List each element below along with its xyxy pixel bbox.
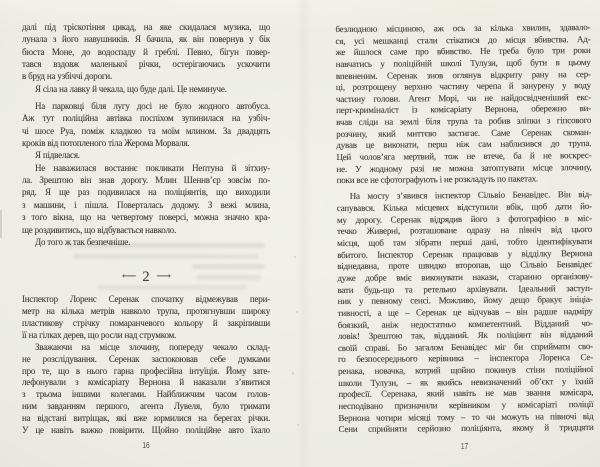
chapter-number: 2 xyxy=(142,269,149,285)
text-line: Не наважилася востаннє покликати Нептуна… xyxy=(22,162,270,174)
text-line: ряд. Я ще раз подивилася на поліціянтів,… xyxy=(22,186,270,198)
text-line: з того вікна, що на четвертому поверсі, … xyxy=(22,211,270,223)
text-line: Інспектор Лоренс Серенак спочатку відмеж… xyxy=(22,294,270,306)
text-line: У це навіть важко повірити. Щойно поліці… xyxy=(22,425,270,437)
text-section: далі під тріскотіння цикад, на яке скида… xyxy=(22,21,270,248)
text-line: лефонували з комісаріату Вернона й наказ… xyxy=(22,377,270,389)
text-line: з машини, і пішла. Поверталась додому. З… xyxy=(22,199,270,211)
text-section: безлюдною місциною, аж ось за кілька хви… xyxy=(335,22,593,436)
scan-speck xyxy=(292,372,294,375)
text-line: Я сіла на лавку й чекала, що буде далі. … xyxy=(22,83,270,95)
text-line: Сени сприйняти серйозно поліціянта, яком… xyxy=(339,422,594,436)
scan-speck xyxy=(297,424,299,426)
page-gutter-shadow xyxy=(296,0,312,467)
page-number-left: 16 xyxy=(44,441,247,450)
scan-speck xyxy=(296,311,298,313)
text-line: До того ж так безпечніше. xyxy=(22,236,270,248)
page-right: безлюдною місциною, аж ось за кілька хви… xyxy=(335,22,593,436)
text-section: Інспектор Лоренс Серенак спочатку відмеж… xyxy=(22,294,270,437)
text-line: ним завданням першого, агента Лувеля, бу… xyxy=(22,401,270,413)
text-line: з трьома іншими колегами. Найближчим час… xyxy=(22,389,270,401)
text-line: кроків від потопленого тіла Жерома Морва… xyxy=(22,137,270,149)
text-line: далі під тріскотіння цикад, на яке скида… xyxy=(22,21,270,33)
text-line: ще роздивитись, що відбувається навколо. xyxy=(22,224,270,236)
text-line: про те, що в нього гарна професійна інту… xyxy=(22,366,270,378)
text-line: не. У жодному разі не можна затоптувати … xyxy=(336,162,591,176)
scan-edge-mark xyxy=(0,210,2,238)
text-line: метр на кілька метрів навколо трупа, про… xyxy=(22,306,270,318)
text-line: пластикову стрічку помаранчевого кольору… xyxy=(22,318,270,330)
text-line: бюста Моне, до водоспаду й греблі. Певно… xyxy=(22,46,270,58)
chapter-break: ⟵2⟶ xyxy=(22,269,270,285)
chapter-arrow-left-icon: ⟵ xyxy=(122,271,135,282)
text-line: не розслідування. Серенак заспокоював се… xyxy=(22,354,270,366)
page-left: далі під тріскотіння цикад, на яке скида… xyxy=(22,21,270,437)
book-spread-scan: далі під тріскотіння цикад, на яке скида… xyxy=(0,0,600,467)
text-line: Зважаючи на місце злочину, попереду чека… xyxy=(22,342,270,354)
text-line: Я підвелася. xyxy=(22,149,270,161)
text-line: її на гілках дерев, що росли над струмко… xyxy=(22,330,270,342)
text-line: тався вздовж маленької річки, остерігаюч… xyxy=(22,58,270,70)
text-line: на відстані витріщак, які вже юрмилися н… xyxy=(22,413,270,425)
scan-speck xyxy=(294,256,296,258)
text-line: ла. Зрештою він знав дорогу. Млин Шеннв’… xyxy=(22,174,270,186)
text-line: Аж тут поліційна автівка поспіхом зупини… xyxy=(22,112,270,124)
chapter-arrow-right-icon: ⟶ xyxy=(157,271,170,282)
text-line: в бруд на узбіччі дороги. xyxy=(22,70,270,82)
text-line: чі шосе Руа, поміж кладкою та моїм млино… xyxy=(22,125,270,137)
text-line: На парковці біля лугу досі не було жодно… xyxy=(22,100,270,112)
text-line: лунала з його навушників. Я бачила, як в… xyxy=(22,33,270,45)
page-number-right: 17 xyxy=(360,442,569,451)
